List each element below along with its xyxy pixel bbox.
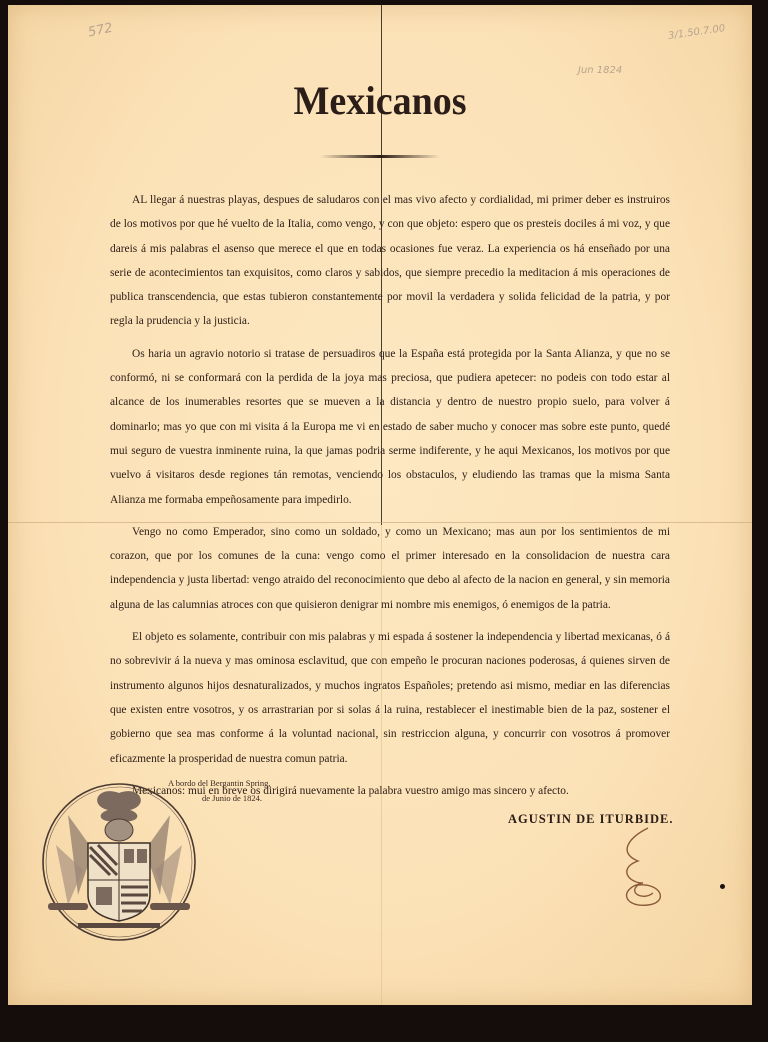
handwritten-signature-flourish <box>608 823 678 913</box>
title-ornament-rule <box>320 155 440 158</box>
paragraph-2: Os haria un agravio notorio si tratase d… <box>110 342 670 512</box>
ink-dot <box>720 884 725 889</box>
paragraph-1: AL llegar á nuestras playas, despues de … <box>110 188 670 334</box>
pencil-annotation-date: Jun 1824 <box>578 65 622 76</box>
coat-of-arms-seal-icon <box>38 775 200 945</box>
broadside-paper: 572 3/1.50.7.00 Jun 1824 Mexicanos AL ll… <box>8 5 752 1005</box>
pencil-annotation-top-right: 3/1.50.7.00 <box>668 23 726 42</box>
pencil-annotation-top-left: 572 <box>87 21 114 41</box>
paragraph-3: Vengo no como Emperador, sino como un so… <box>110 520 670 617</box>
page-title: Mexicanos <box>27 77 734 124</box>
proclamation-body: AL llegar á nuestras playas, despues de … <box>110 188 670 811</box>
paragraph-4: El objeto es solamente, contribuir con m… <box>110 625 670 771</box>
